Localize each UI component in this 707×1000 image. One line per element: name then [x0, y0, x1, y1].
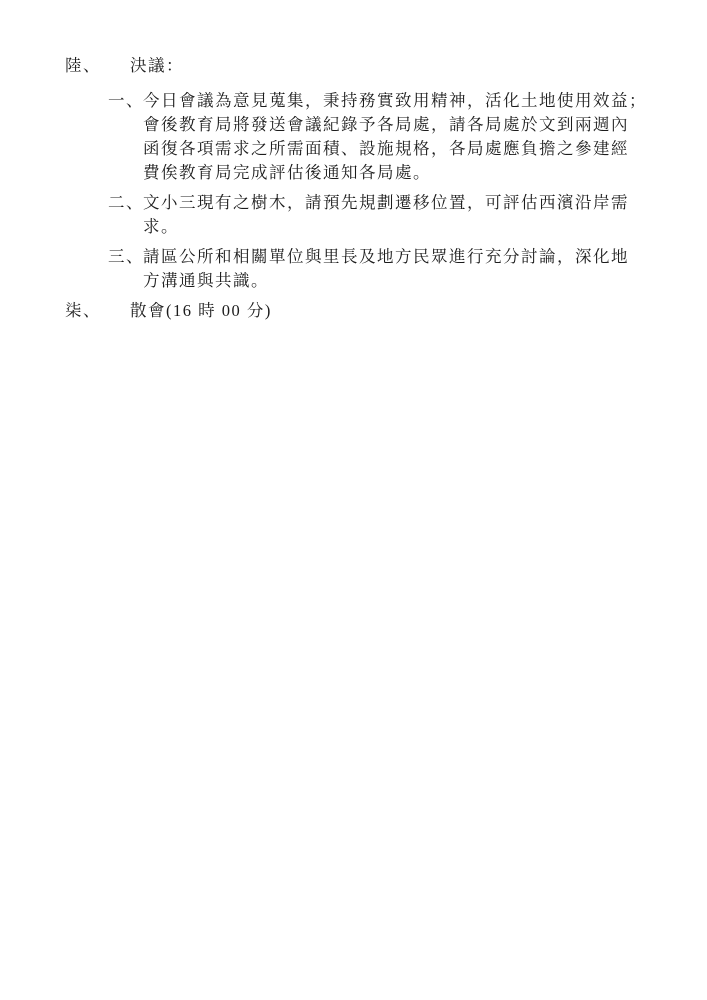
text-line: 今日會議為意見蒐集，秉持務實致用精神，活化土地使用效益； — [143, 89, 648, 113]
section-title: 決議： — [130, 54, 184, 78]
text-line: 方溝通與共識。 — [143, 269, 648, 293]
text-line: 文小三現有之樹木，請預先規劃遷移位置，可評估西濱沿岸需 — [143, 191, 648, 215]
document-page: 陸、 決議： 一、 今日會議為意見蒐集，秉持務實致用精神，活化土地使用效益； 會… — [0, 0, 707, 1000]
text-line: 函復各項需求之所需面積、設施規格，各局處應負擔之參建經 — [143, 137, 648, 161]
section-adjournment: 柒、 散會(16 時 00 分) — [65, 299, 707, 323]
text-line: 求。 — [143, 215, 648, 239]
list-item: 一、 今日會議為意見蒐集，秉持務實致用精神，活化土地使用效益； 會後教育局將發送… — [108, 89, 707, 185]
item-number: 二、 — [108, 191, 143, 239]
item-number: 三、 — [108, 245, 143, 293]
item-text: 請區公所和相關單位與里長及地方民眾進行充分討論，深化地 方溝通與共識。 — [143, 245, 648, 293]
section-number: 柒、 — [65, 299, 130, 323]
text-line: 費俟教育局完成評估後通知各局處。 — [143, 161, 648, 185]
item-number: 一、 — [108, 89, 143, 185]
list-item: 三、 請區公所和相關單位與里長及地方民眾進行充分討論，深化地 方溝通與共識。 — [108, 245, 707, 293]
list-item: 二、 文小三現有之樹木，請預先規劃遷移位置，可評估西濱沿岸需 求。 — [108, 191, 707, 239]
text-line: 請區公所和相關單位與里長及地方民眾進行充分討論，深化地 — [143, 245, 648, 269]
adjournment-text: 散會(16 時 00 分) — [130, 299, 272, 323]
resolution-list: 一、 今日會議為意見蒐集，秉持務實致用精神，活化土地使用效益； 會後教育局將發送… — [108, 89, 707, 293]
text-line: 會後教育局將發送會議紀錄予各局處，請各局處於文到兩週內 — [143, 113, 648, 137]
item-text: 文小三現有之樹木，請預先規劃遷移位置，可評估西濱沿岸需 求。 — [143, 191, 648, 239]
item-text: 今日會議為意見蒐集，秉持務實致用精神，活化土地使用效益； 會後教育局將發送會議紀… — [143, 89, 648, 185]
section-resolutions-heading: 陸、 決議： — [65, 54, 707, 78]
section-number: 陸、 — [65, 54, 130, 78]
